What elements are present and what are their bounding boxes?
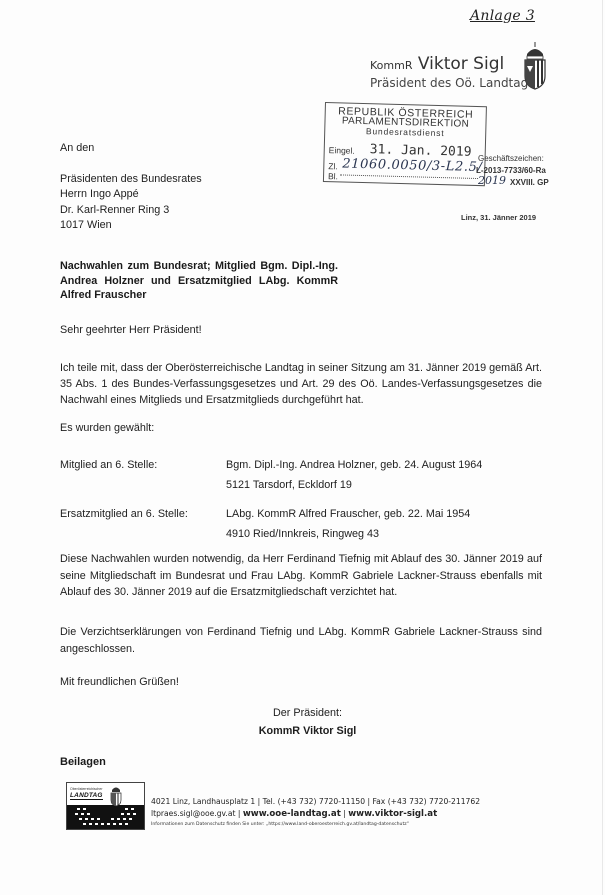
footer-links: ltpraes.sigl@ooe.gv.at | www.ooe-landtag… bbox=[151, 809, 437, 819]
signature-role: Der Präsident: bbox=[0, 706, 605, 722]
footer-email[interactable]: ltpraes.sigl@ooe.gv.at bbox=[151, 809, 235, 818]
paragraph-enclosed: Die Verzichtserklärungen von Ferdinand T… bbox=[60, 624, 542, 657]
page-edge bbox=[602, 0, 603, 895]
recipient-line: 1017 Wien bbox=[60, 218, 202, 234]
logo-landtag-text: LANDTAG bbox=[70, 792, 103, 800]
elected-address: 5121 Tarsdorf, Eckldorf 19 bbox=[226, 475, 482, 495]
elected-address: 4910 Ried/Innkreis, Ringweg 43 bbox=[226, 524, 470, 544]
landtag-logo: Oberösterreichischer LANDTAG bbox=[66, 782, 145, 830]
recipient-address: An den Präsidenten des Bundesrates Herrn… bbox=[60, 141, 202, 234]
stamp-bl-label: Bl. bbox=[328, 171, 338, 181]
paragraph-reason: Diese Nachwahlen wurden notwendig, da He… bbox=[60, 551, 542, 601]
closing: Mit freundlichen Grüßen! bbox=[60, 675, 179, 691]
salutation: Sehr geehrter Herr Präsident! bbox=[60, 323, 202, 339]
recipient-line: Herrn Ingo Appé bbox=[60, 187, 202, 203]
letterhead-title: Präsident des Oö. Landtags bbox=[370, 76, 534, 90]
enclosures-heading: Beilagen bbox=[60, 756, 106, 768]
elected-intro: Es wurden gewählt: bbox=[60, 421, 154, 437]
footer-contact: 4021 Linz, Landhausplatz 1 | Tel. (+43 7… bbox=[151, 797, 480, 806]
parliament-seats-icon bbox=[67, 805, 144, 829]
letterhead-name: KommR Viktor Sigl bbox=[370, 54, 504, 74]
elected-entry: Bgm. Dipl.-Ing. Andrea Holzner, geb. 24.… bbox=[226, 455, 482, 495]
elected-name: Bgm. Dipl.-Ing. Andrea Holzner, geb. 24.… bbox=[226, 455, 482, 475]
stamp-received-label: Eingel. bbox=[329, 145, 355, 156]
subject-line: Nachwahlen zum Bundesrat; Mitglied Bgm. … bbox=[60, 259, 338, 303]
reference-handwritten-year: 2019 bbox=[478, 174, 506, 187]
logo-crest-icon bbox=[110, 785, 122, 807]
legislative-period: XXVIII. GP bbox=[510, 178, 549, 187]
recipient-line: Präsidenten des Bundesrates bbox=[60, 172, 202, 188]
footer-web-sigl[interactable]: www.viktor-sigl.at bbox=[348, 809, 437, 819]
stamp-zl-label: Zl. bbox=[328, 161, 338, 171]
place-date: Linz, 31. Jänner 2019 bbox=[461, 213, 536, 222]
paragraph-intro: Ich teile mit, dass der Oberösterreichis… bbox=[60, 360, 542, 408]
stamp-zl-value: 21060.0050/3-L2.5/ bbox=[342, 156, 482, 175]
elected-entry: LAbg. KommR Alfred Frauscher, geb. 22. M… bbox=[226, 504, 470, 544]
receipt-stamp: REPUBLIK ÖSTERREICH PARLAMENTSDIREKTION … bbox=[323, 102, 487, 186]
recipient-intro: An den bbox=[60, 141, 202, 157]
stamp-bl-line bbox=[340, 174, 478, 179]
footer-separator: | bbox=[235, 809, 242, 818]
letter-page: Anlage 3 KommR Viktor Sigl Präsident des… bbox=[0, 0, 605, 895]
letterhead-person: Viktor Sigl bbox=[418, 54, 504, 74]
footer-privacy: Informationen zum Datenschutz finden Sie… bbox=[151, 822, 409, 827]
coat-of-arms-icon bbox=[523, 42, 547, 90]
signature-name: KommR Viktor Sigl bbox=[0, 724, 605, 740]
elected-label: Ersatzmitglied an 6. Stelle: bbox=[60, 507, 188, 523]
footer-web-landtag[interactable]: www.ooe-landtag.at bbox=[243, 809, 341, 819]
recipient-line: Dr. Karl-Renner Ring 3 bbox=[60, 203, 202, 219]
elected-label: Mitglied an 6. Stelle: bbox=[60, 458, 157, 474]
reference-label: Geschäftszeichen: bbox=[478, 154, 544, 163]
letterhead-prefix: KommR bbox=[370, 59, 412, 72]
elected-name: LAbg. KommR Alfred Frauscher, geb. 22. M… bbox=[226, 504, 470, 524]
logo-small-text: Oberösterreichischer bbox=[70, 787, 102, 791]
handwritten-annotation: Anlage 3 bbox=[470, 8, 535, 24]
